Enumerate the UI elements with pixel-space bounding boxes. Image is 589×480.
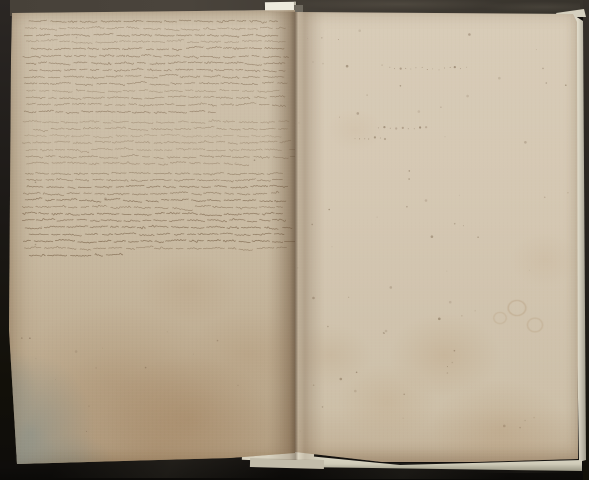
manuscript-scan — [0, 0, 589, 480]
paper-texture — [295, 10, 578, 462]
page-stack-step — [250, 458, 324, 469]
backing-cloth-sheen — [280, 0, 580, 14]
right-blank-page — [295, 10, 578, 462]
paper-texture — [8, 9, 296, 467]
left-manuscript-page — [8, 9, 296, 467]
